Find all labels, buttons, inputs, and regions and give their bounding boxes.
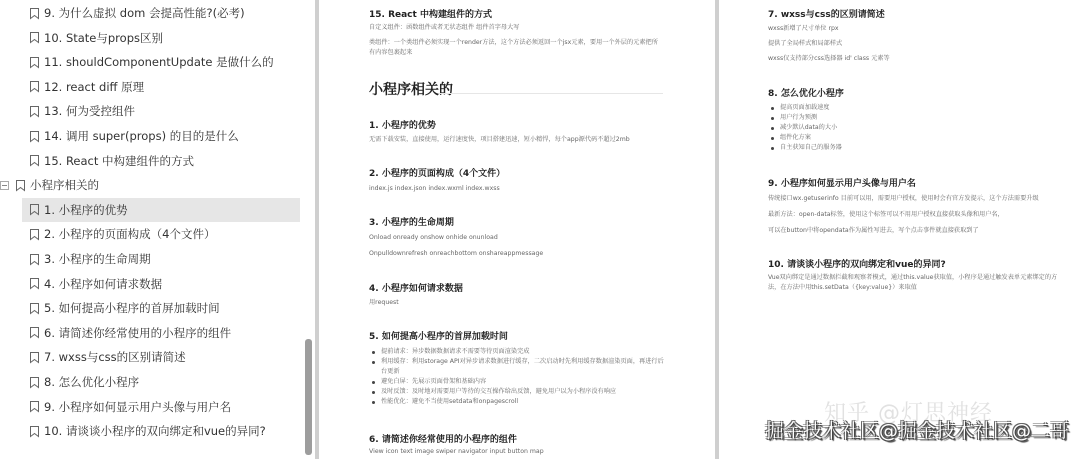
question-heading: 5. 如何提高小程序的首屏加载时间 bbox=[369, 329, 508, 342]
outline-item-label: 3. 小程序的生命周期 bbox=[44, 251, 151, 267]
outline-item[interactable]: 2. 小程序的页面构成（4个文件） bbox=[22, 222, 300, 246]
paragraph: wxss新增了尺寸单位 rpx bbox=[768, 23, 839, 35]
outline-item[interactable]: 6. 请简述你经常使用的小程序的组件 bbox=[22, 321, 300, 345]
question-heading: 2. 小程序的页面构成（4个文件） bbox=[369, 166, 505, 179]
outline-item-label: 13. 何为受控组件 bbox=[44, 103, 135, 119]
paragraph: 无需下载安装，直接使用，运行速度快，项目搭建迅速，短小精悍，每个app源代码不超… bbox=[369, 134, 630, 146]
heading-underline bbox=[439, 93, 663, 94]
outline-item[interactable]: 14. 调用 super(props) 的目的是什么 bbox=[22, 124, 300, 148]
bookmark-icon bbox=[29, 302, 40, 315]
bullet-list: 提前请求：异步数据数据请求不需要等待页面渲染完成 利用缓存：利用storage … bbox=[369, 347, 669, 407]
outline-item[interactable]: 9. 小程序如何显示用户头像与用户名 bbox=[22, 395, 300, 419]
outline-item[interactable]: 7. wxss与css的区别请简述 bbox=[22, 345, 300, 369]
chapter-heading-miniprogram: 小程序相关的 bbox=[369, 79, 453, 99]
paragraph: 自定义组件：函数组件或者无状态组件 组件首字母大写 bbox=[369, 22, 519, 34]
outline-item-label: 11. shouldComponentUpdate 是做什么的 bbox=[44, 54, 274, 70]
outline-item[interactable]: 13. 何为受控组件 bbox=[22, 99, 300, 123]
outline-item-label: 2. 小程序的页面构成（4个文件） bbox=[44, 226, 215, 242]
outline-section[interactable]: 小程序相关的 bbox=[0, 173, 99, 197]
section-heading-react-components: 15. React 中构建组件的方式 bbox=[369, 7, 492, 20]
paragraph: 类组件：一个类组件必须实现一个render方法，这个方法必须返回一个jsx元素，… bbox=[369, 38, 664, 58]
outline-item-label: 4. 小程序如何请求数据 bbox=[44, 276, 162, 292]
outline-item-label: 6. 请简述你经常使用的小程序的组件 bbox=[44, 325, 231, 341]
bullet-item: 性能优化：避免不当使用setdata和onpagescroll bbox=[369, 397, 669, 407]
bookmark-icon bbox=[29, 31, 40, 44]
question-heading: 4. 小程序如何请求数据 bbox=[369, 281, 463, 294]
outline-item-label: 14. 调用 super(props) 的目的是什么 bbox=[44, 128, 239, 144]
bullet-item: 自主获知自己的服务器 bbox=[768, 143, 842, 153]
bullet-item: 提前请求：异步数据数据请求不需要等待页面渲染完成 bbox=[369, 347, 669, 357]
bookmark-icon bbox=[29, 351, 40, 364]
paragraph: Onload onready onshow onhide onunload bbox=[369, 232, 498, 244]
paragraph: View icon text image swiper navigator in… bbox=[369, 446, 544, 458]
bookmark-icon bbox=[29, 253, 40, 266]
paragraph: Vue双向绑定是通过数据拦截和观察者模式，通过this.value获取值，小程序… bbox=[768, 273, 1068, 293]
bullet-item: 利用缓存：利用storage API对异步请求数据进行缓存，二次启动时先利用缓存… bbox=[369, 357, 669, 377]
outline-item-label: 12. react diff 原理 bbox=[44, 79, 144, 95]
outline-item-label: 7. wxss与css的区别请简述 bbox=[44, 349, 186, 365]
outline-item-label: 1. 小程序的优势 bbox=[44, 202, 128, 218]
paragraph: 传统接口wx.getuserinfo 目前可以用，需要用户授权，使用时会有官方发… bbox=[768, 193, 1039, 205]
paragraph: Onpulldownrefresh onreachbottom onsharea… bbox=[369, 248, 543, 260]
outline-item-label: 小程序相关的 bbox=[30, 177, 99, 193]
paragraph: 提供了全局样式和局部样式 bbox=[768, 38, 842, 50]
outline-item[interactable]: 12. react diff 原理 bbox=[22, 75, 300, 99]
outline-item[interactable]: 10. 请谈谈小程序的双向绑定和vue的异同? bbox=[22, 419, 300, 443]
outline-item-label: 15. React 中构建组件的方式 bbox=[44, 153, 194, 169]
bookmark-icon bbox=[29, 277, 40, 290]
outline-item[interactable]: 1. 小程序的优势 bbox=[22, 198, 300, 222]
question-heading: 10. 请谈谈小程序的双向绑定和vue的异同? bbox=[768, 257, 946, 270]
document-page-right: 7. wxss与css的区别请简述 wxss新增了尺寸单位 rpx 提供了全局样… bbox=[719, 0, 1080, 459]
bullet-item: 减少默认data的大小 bbox=[768, 123, 842, 133]
bullet-list: 提高页面加载速度 用户行为预测 减少默认data的大小 组件化方案 自主获知自己… bbox=[768, 103, 842, 153]
paragraph: index.js index.json index.wxml index.wxs… bbox=[369, 183, 500, 195]
bookmark-icon bbox=[29, 203, 40, 216]
bookmark-icon bbox=[29, 130, 40, 143]
question-heading: 9. 小程序如何显示用户头像与用户名 bbox=[768, 176, 916, 189]
bullet-item: 提高页面加载速度 bbox=[768, 103, 842, 113]
bullet-item: 避免白屏：先展示页面骨架和基础内容 bbox=[369, 377, 669, 387]
bookmark-icon bbox=[15, 179, 26, 192]
question-heading: 3. 小程序的生命周期 bbox=[369, 215, 454, 228]
bookmark-icon bbox=[29, 228, 40, 241]
question-heading: 8. 怎么优化小程序 bbox=[768, 86, 844, 99]
bullet-item: 及时反馈：及时地对需要用户等待的交互操作给出反馈，避免用户以为小程序没有响应 bbox=[369, 387, 669, 397]
paragraph: 最新方法：open-data标签，使用这个标签可以不用用户授权直接获取头像和用户… bbox=[768, 209, 1004, 221]
outline-item[interactable]: 4. 小程序如何请求数据 bbox=[22, 272, 300, 296]
question-heading: 1. 小程序的优势 bbox=[369, 118, 436, 131]
outline-item[interactable]: 10. State与props区别 bbox=[22, 26, 300, 50]
bookmark-icon bbox=[29, 425, 40, 438]
question-heading: 7. wxss与css的区别请简述 bbox=[768, 7, 885, 20]
outline-item-label: 5. 如何提高小程序的首屏加载时间 bbox=[44, 300, 220, 316]
document-page-left: 15. React 中构建组件的方式 自定义组件：函数组件或者无状态组件 组件首… bbox=[319, 0, 715, 459]
collapse-icon[interactable] bbox=[0, 181, 9, 190]
outline-item[interactable]: 11. shouldComponentUpdate 是做什么的 bbox=[22, 50, 300, 74]
outline-item-label: 9. 为什么虚拟 dom 会提高性能?(必考) bbox=[44, 5, 245, 21]
paragraph: 可以在button中将opendata作为属性写进去，写个点击事件就直接获取到了 bbox=[768, 225, 979, 237]
outline-item-label: 10. 请谈谈小程序的双向绑定和vue的异同? bbox=[44, 423, 266, 439]
outline-item[interactable]: 5. 如何提高小程序的首屏加载时间 bbox=[22, 296, 300, 320]
bookmark-icon bbox=[29, 376, 40, 389]
outline-item[interactable]: 8. 怎么优化小程序 bbox=[22, 370, 300, 394]
outline-item-label: 10. State与props区别 bbox=[44, 30, 163, 46]
bookmark-icon bbox=[29, 80, 40, 93]
outline-item[interactable]: 3. 小程序的生命周期 bbox=[22, 247, 300, 271]
bookmarks-sidebar: 9. 为什么虚拟 dom 会提高性能?(必考)10. State与props区别… bbox=[0, 0, 314, 459]
outline-item-label: 9. 小程序如何显示用户头像与用户名 bbox=[44, 399, 231, 415]
outline-item[interactable]: 15. React 中构建组件的方式 bbox=[22, 149, 300, 173]
outline-item-label: 8. 怎么优化小程序 bbox=[44, 374, 139, 390]
bookmark-icon bbox=[29, 105, 40, 118]
sidebar-scrollbar-thumb[interactable] bbox=[305, 339, 312, 455]
paragraph: wxss仅支持部分css选择器 id' class 元素等 bbox=[768, 53, 890, 65]
bullet-item: 用户行为预测 bbox=[768, 113, 842, 123]
watermark-juejin: 掘金技术社区@掘金技术社区@二哥 bbox=[765, 416, 1069, 443]
paragraph: 用request bbox=[369, 297, 399, 309]
bookmark-icon bbox=[29, 154, 40, 167]
bookmark-icon bbox=[29, 400, 40, 413]
bookmark-icon bbox=[29, 326, 40, 339]
bookmark-icon bbox=[29, 7, 40, 20]
outline-item[interactable]: 9. 为什么虚拟 dom 会提高性能?(必考) bbox=[22, 1, 300, 25]
bullet-item: 组件化方案 bbox=[768, 133, 842, 143]
bookmark-icon bbox=[29, 56, 40, 69]
question-heading: 6. 请简述你经常使用的小程序的组件 bbox=[369, 432, 517, 445]
